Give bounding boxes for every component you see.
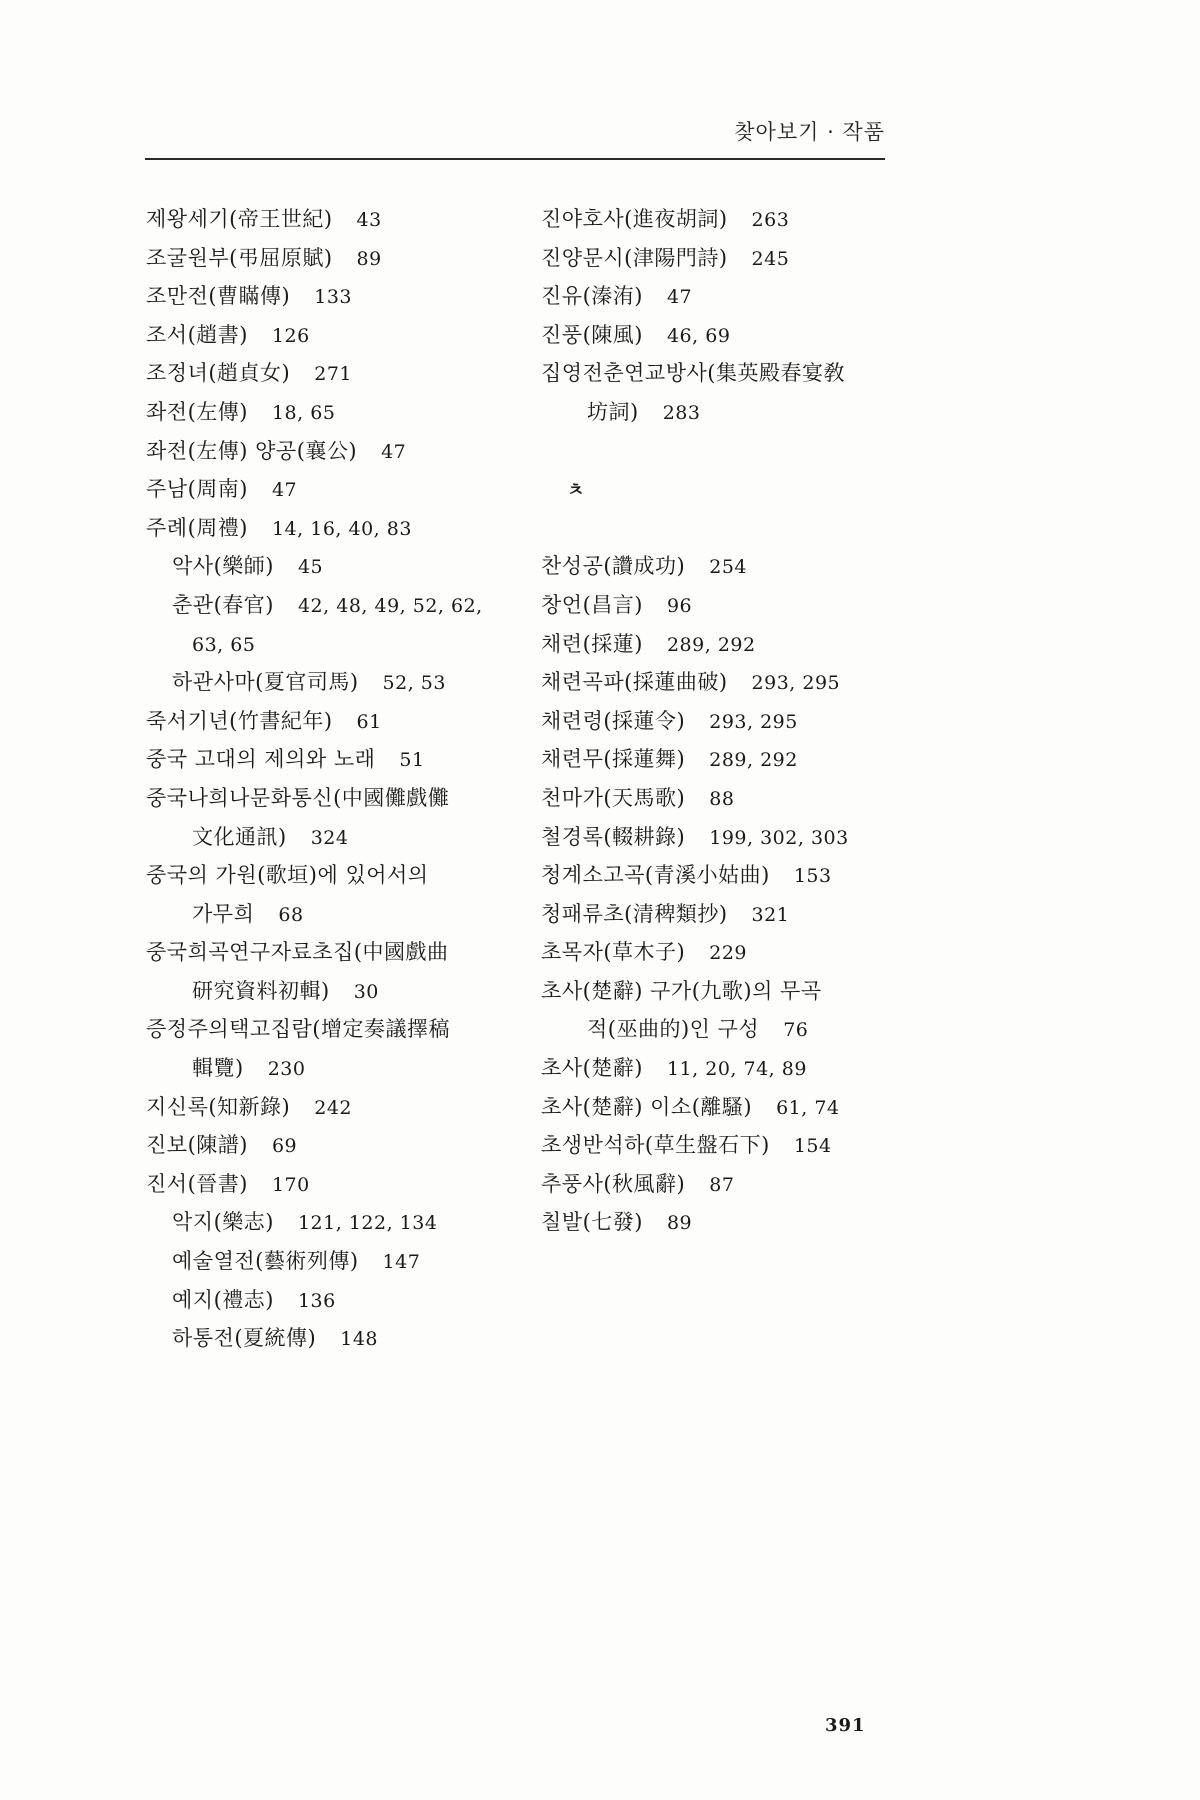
index-entry: 진야호사(進夜胡詞)263 (541, 200, 901, 239)
index-term: 조만전(曹瞞傳) (146, 284, 290, 308)
index-entry: 하관사마(夏官司馬)52, 53 (146, 663, 526, 702)
index-entry: 초생반석하(草生盤石下)154 (541, 1126, 901, 1165)
index-term: 중국 고대의 제의와 노래 (146, 747, 375, 771)
page-references: 18, 65 (272, 402, 335, 424)
page-references: 14, 16, 40, 83 (272, 518, 412, 540)
index-term: 채련무(採蓮舞) (541, 747, 685, 771)
page-references: 136 (298, 1290, 336, 1312)
page-references: 126 (272, 325, 310, 347)
index-term: 輯覽) (192, 1056, 244, 1080)
index-term: 청계소고곡(青溪小姑曲) (541, 863, 770, 887)
page-references: 154 (794, 1135, 832, 1157)
index-entry: 좌전(左傳)18, 65 (146, 393, 526, 432)
index-entry: 청계소고곡(青溪小姑曲)153 (541, 856, 901, 895)
index-entry: 채련(採蓮)289, 292 (541, 625, 901, 664)
running-head: 찾아보기 · 작품 (700, 116, 885, 146)
index-entry: 중국희곡연구자료초집(中國戲曲 (146, 933, 526, 972)
index-entry: 하통전(夏統傳)148 (146, 1319, 526, 1358)
index-term: 추풍사(秋風辭) (541, 1172, 685, 1196)
index-entry: 춘관(春官)42, 48, 49, 52, 62, (146, 586, 526, 625)
index-entry: 진양문시(津陽門詩)245 (541, 239, 901, 278)
page-references: 293, 295 (709, 711, 798, 733)
index-term: 채련(採蓮) (541, 632, 643, 656)
index-term: 춘관(春官) (172, 593, 274, 617)
page-references: 254 (709, 556, 747, 578)
page-references: 52, 53 (383, 672, 446, 694)
page-references: 89 (357, 248, 382, 270)
index-entry: 주남(周南)47 (146, 470, 526, 509)
index-term: 예술열전(藝術列傳) (172, 1249, 359, 1273)
index-term: 악지(樂志) (172, 1210, 274, 1234)
index-term: 좌전(左傳) 양공(襄公) (146, 439, 357, 463)
index-term: 研究資料初輯) (192, 979, 330, 1003)
page-references: 45 (298, 556, 323, 578)
page-references: 87 (709, 1174, 734, 1196)
index-term: 집영전춘연교방사(集英殿春宴敎 (541, 361, 845, 385)
index-term: 가무희 (192, 902, 254, 926)
index-entry: 초사(楚辭) 이소(離騷)61, 74 (541, 1088, 901, 1127)
index-entry: 63, 65 (146, 625, 526, 664)
letter-section-heading: ㅊ (541, 470, 901, 509)
index-entry: 철경록(輟耕錄)199, 302, 303 (541, 818, 901, 857)
index-entry: 文化通訊)324 (146, 818, 526, 857)
index-entry: 진서(晉書)170 (146, 1165, 526, 1204)
index-term: 중국의 가원(歌垣)에 있어서의 (146, 863, 429, 887)
index-entry: 조서(趙書)126 (146, 316, 526, 355)
page-references: 68 (278, 904, 303, 926)
index-entry: 研究資料初輯)30 (146, 972, 526, 1011)
index-term: 초생반석하(草生盤石下) (541, 1133, 770, 1157)
index-entry: 찬성공(讚成功)254 (541, 547, 901, 586)
index-term: 초사(楚辭) 구가(九歌)의 무곡 (541, 979, 822, 1003)
index-entry: 조정녀(趙貞女)271 (146, 354, 526, 393)
index-term: 중국나희나문화통신(中國儺戲儺 (146, 786, 449, 810)
index-term: 찬성공(讚成功) (541, 554, 685, 578)
page-number: 391 (825, 1715, 866, 1736)
index-term: 청패류초(清稗類抄) (541, 902, 728, 926)
index-term: 초목자(草木子) (541, 940, 685, 964)
index-entry: 진유(溱洧)47 (541, 277, 901, 316)
index-entry: 중국나희나문화통신(中國儺戲儺 (146, 779, 526, 818)
index-entry: 추풍사(秋風辭)87 (541, 1165, 901, 1204)
page-references: 324 (311, 827, 349, 849)
index-term: 예지(禮志) (172, 1288, 274, 1312)
index-term: 주남(周南) (146, 477, 248, 501)
index-entry: 중국의 가원(歌垣)에 있어서의 (146, 856, 526, 895)
index-entry: 악지(樂志)121, 122, 134 (146, 1203, 526, 1242)
index-entry: 가무희68 (146, 895, 526, 934)
page-references: 147 (383, 1251, 421, 1273)
page-references: 170 (272, 1174, 310, 1196)
index-term: 중국희곡연구자료초집(中國戲曲 (146, 940, 449, 964)
index-entry: 조굴원부(弔屈原賦)89 (146, 239, 526, 278)
index-term: 제왕세기(帝王世紀) (146, 207, 333, 231)
index-term: 죽서기년(竹書紀年) (146, 709, 333, 733)
page-references: 321 (752, 904, 790, 926)
index-term: 조서(趙書) (146, 323, 248, 347)
index-entry: 죽서기년(竹書紀年)61 (146, 702, 526, 741)
index-entry: 집영전춘연교방사(集英殿春宴敎 (541, 354, 901, 393)
index-entry: 창언(昌言)96 (541, 586, 901, 625)
index-entry: 증정주의택고집람(增定奏議擇稿 (146, 1010, 526, 1049)
page-references: 199, 302, 303 (709, 827, 848, 849)
page-references: 47 (272, 479, 297, 501)
page-references: 133 (314, 286, 352, 308)
index-term: 초사(楚辭) 이소(離騷) (541, 1095, 752, 1119)
index-entry: 칠발(七發)89 (541, 1203, 901, 1242)
index-term: 조굴원부(弔屈原賦) (146, 246, 333, 270)
page-references: 96 (667, 595, 692, 617)
section-spacer (541, 432, 901, 471)
page-references: 148 (340, 1328, 378, 1350)
page-references: 42, 48, 49, 52, 62, (298, 595, 483, 617)
page-references: 289, 292 (667, 634, 756, 656)
index-column-right: 진야호사(進夜胡詞)263진양문시(津陽門詩)245진유(溱洧)47진풍(陳風)… (541, 200, 901, 1242)
section-letter: ㅊ (541, 480, 584, 501)
index-entry: 초목자(草木子)229 (541, 933, 901, 972)
index-entry: 적(巫曲的)인 구성76 (541, 1010, 901, 1049)
page-references: 88 (709, 788, 734, 810)
page-references: 61, 74 (776, 1097, 839, 1119)
page-references: 51 (399, 749, 424, 771)
page-references: 61 (357, 711, 382, 733)
page-references: 47 (381, 441, 406, 463)
index-entry: 악사(樂師)45 (146, 547, 526, 586)
index-entry: 초사(楚辭)11, 20, 74, 89 (541, 1049, 901, 1088)
index-entry: 좌전(左傳) 양공(襄公)47 (146, 432, 526, 471)
index-term: 증정주의택고집람(增定奏議擇稿 (146, 1017, 450, 1041)
page-references: 271 (314, 363, 352, 385)
page-references: 43 (357, 209, 382, 231)
index-term: 조정녀(趙貞女) (146, 361, 290, 385)
page-references: 293, 295 (752, 672, 841, 694)
index-entry: 주례(周禮)14, 16, 40, 83 (146, 509, 526, 548)
index-term: 좌전(左傳) (146, 400, 248, 424)
index-entry: 제왕세기(帝王世紀)43 (146, 200, 526, 239)
section-spacer (541, 509, 901, 548)
index-term: 진서(晉書) (146, 1172, 248, 1196)
index-entry: 초사(楚辭) 구가(九歌)의 무곡 (541, 972, 901, 1011)
index-term: 주례(周禮) (146, 516, 248, 540)
index-entry: 천마가(天馬歌)88 (541, 779, 901, 818)
index-column-left: 제왕세기(帝王世紀)43조굴원부(弔屈原賦)89조만전(曹瞞傳)133조서(趙書… (146, 200, 526, 1358)
index-term: 천마가(天馬歌) (541, 786, 685, 810)
index-entry: 채련곡파(採蓮曲破)293, 295 (541, 663, 901, 702)
page-references: 289, 292 (709, 749, 798, 771)
index-page: 찾아보기 · 작품 제왕세기(帝王世紀)43조굴원부(弔屈原賦)89조만전(曹瞞… (0, 0, 1200, 1800)
index-entry: 진보(陳譜)69 (146, 1126, 526, 1165)
index-term: 적(巫曲的)인 구성 (587, 1017, 759, 1041)
index-entry: 청패류초(清稗類抄)321 (541, 895, 901, 934)
page-references: 76 (783, 1019, 808, 1041)
header-rule (145, 158, 885, 160)
page-references: 283 (663, 402, 701, 424)
index-entry: 채련령(採蓮令)293, 295 (541, 702, 901, 741)
index-entry: 예지(禮志)136 (146, 1281, 526, 1320)
index-term: 하관사마(夏官司馬) (172, 670, 359, 694)
page-references: 230 (268, 1058, 306, 1080)
index-entry: 채련무(採蓮舞)289, 292 (541, 740, 901, 779)
index-term: 진양문시(津陽門詩) (541, 246, 728, 270)
index-entry: 輯覽)230 (146, 1049, 526, 1088)
index-entry: 坊詞)283 (541, 393, 901, 432)
index-entry: 중국 고대의 제의와 노래51 (146, 740, 526, 779)
index-term: 채련령(採蓮令) (541, 709, 685, 733)
page-references: 263 (752, 209, 790, 231)
index-term: 文化通訊) (192, 825, 287, 849)
page-references: 47 (667, 286, 692, 308)
index-term: 坊詞) (587, 400, 639, 424)
page-references: 242 (314, 1097, 352, 1119)
index-term: 악사(樂師) (172, 554, 274, 578)
index-entry: 조만전(曹瞞傳)133 (146, 277, 526, 316)
page-references: 11, 20, 74, 89 (667, 1058, 807, 1080)
index-term: 철경록(輟耕錄) (541, 825, 685, 849)
index-term: 채련곡파(採蓮曲破) (541, 670, 728, 694)
index-term: 진야호사(進夜胡詞) (541, 207, 728, 231)
index-term: 진보(陳譜) (146, 1133, 248, 1157)
index-entry: 예술열전(藝術列傳)147 (146, 1242, 526, 1281)
index-term: 창언(昌言) (541, 593, 643, 617)
page-references: 153 (794, 865, 832, 887)
index-term: 칠발(七發) (541, 1210, 643, 1234)
page-references: 69 (272, 1135, 297, 1157)
index-term: 진풍(陳風) (541, 323, 643, 347)
index-entry: 진풍(陳風)46, 69 (541, 316, 901, 355)
index-term: 하통전(夏統傳) (172, 1326, 316, 1350)
page-references: 63, 65 (192, 634, 255, 656)
index-entry: 지신록(知新錄)242 (146, 1088, 526, 1127)
page-references: 229 (709, 942, 747, 964)
page-references: 30 (354, 981, 379, 1003)
index-term: 초사(楚辭) (541, 1056, 643, 1080)
page-references: 245 (752, 248, 790, 270)
index-term: 진유(溱洧) (541, 284, 643, 308)
page-references: 121, 122, 134 (298, 1212, 437, 1234)
page-references: 46, 69 (667, 325, 730, 347)
index-term: 지신록(知新錄) (146, 1095, 290, 1119)
page-references: 89 (667, 1212, 692, 1234)
